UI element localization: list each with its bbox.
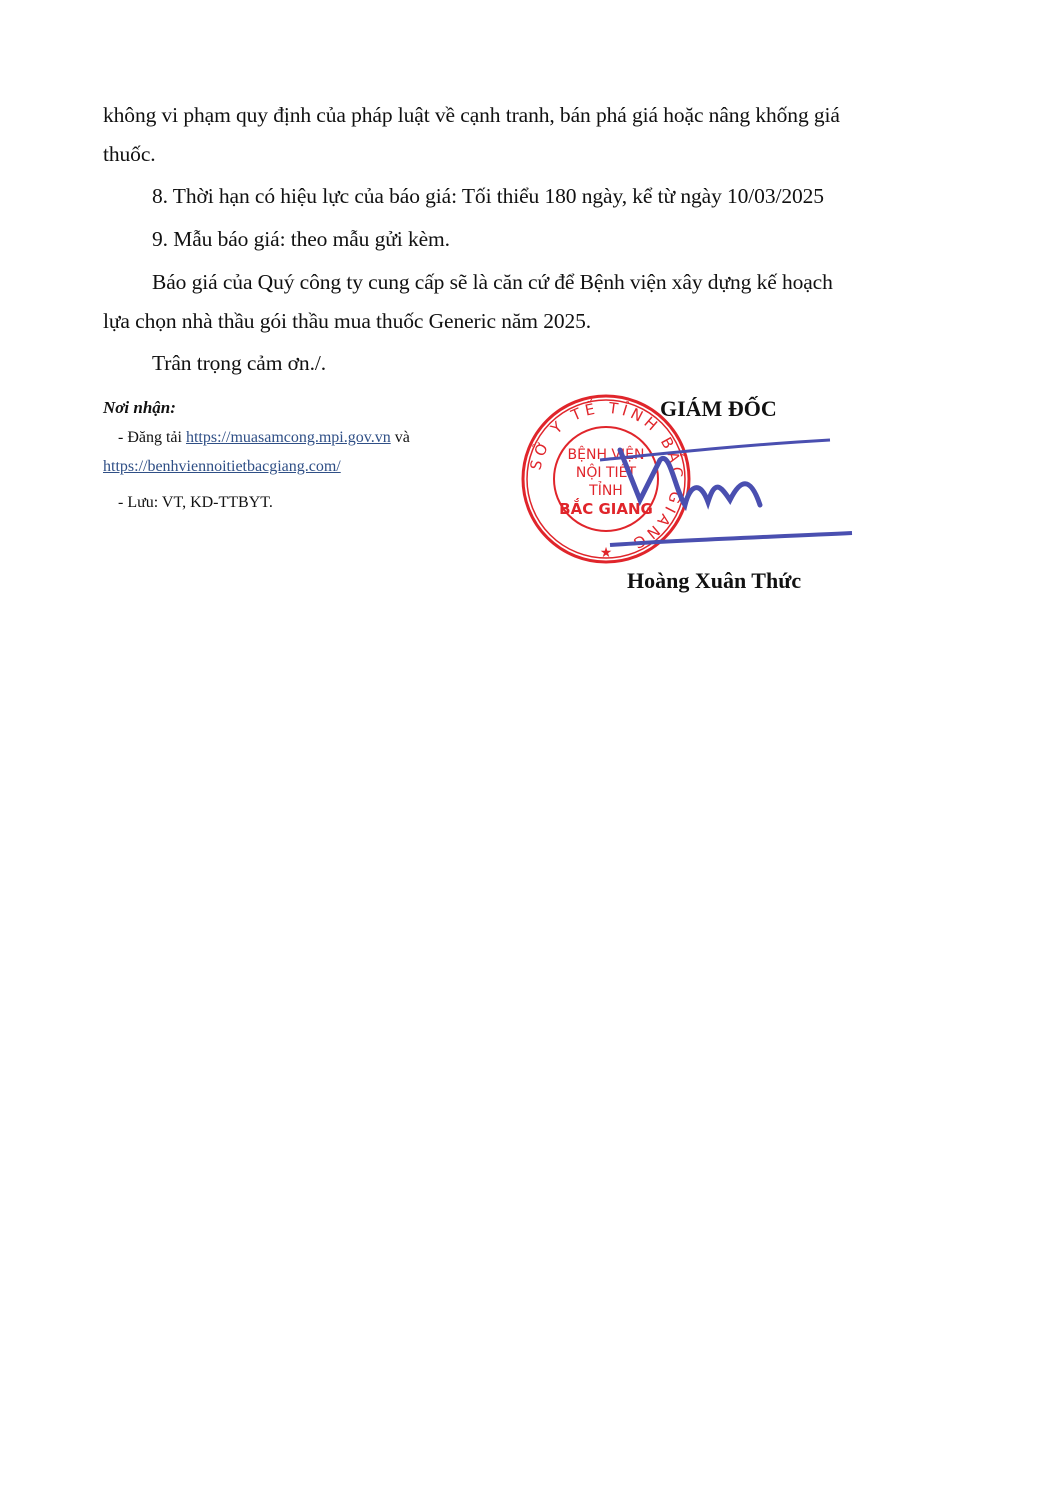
recipients-line1-prefix: - Đăng tải xyxy=(118,429,186,446)
closing-paragraph-line2: lựa chọn nhà thầu gói thầu mua thuốc Gen… xyxy=(103,309,591,334)
signer-name: Hoàng Xuân Thức xyxy=(627,568,801,594)
hospital-website-link[interactable]: https://benhviennoitietbacgiang.com/ xyxy=(103,458,341,475)
recipients-line1: - Đăng tải https://muasamcong.mpi.gov.vn… xyxy=(118,429,410,447)
item-9-template: 9. Mẫu báo giá: theo mẫu gửi kèm. xyxy=(152,227,450,252)
recipients-archive: - Lưu: VT, KD-TTBYT. xyxy=(118,494,273,512)
closing-paragraph-line1: Báo giá của Quý công ty cung cấp sẽ là c… xyxy=(152,270,833,295)
recipients-line2: https://benhviennoitietbacgiang.com/ xyxy=(103,458,341,476)
thanks-line: Trân trọng cảm ơn./. xyxy=(152,351,326,376)
recipients-heading: Nơi nhận: xyxy=(103,398,176,418)
recipients-line1-suffix: và xyxy=(391,429,410,446)
signer-title: GIÁM ĐỐC xyxy=(660,396,777,422)
handwritten-signature xyxy=(590,430,860,550)
paragraph-continuation-line1: không vi phạm quy định của pháp luật về … xyxy=(103,103,840,128)
item-8-validity: 8. Thời hạn có hiệu lực của báo giá: Tối… xyxy=(152,184,824,209)
paragraph-continuation-line2: thuốc. xyxy=(103,142,156,167)
muasamcong-link[interactable]: https://muasamcong.mpi.gov.vn xyxy=(186,429,391,446)
